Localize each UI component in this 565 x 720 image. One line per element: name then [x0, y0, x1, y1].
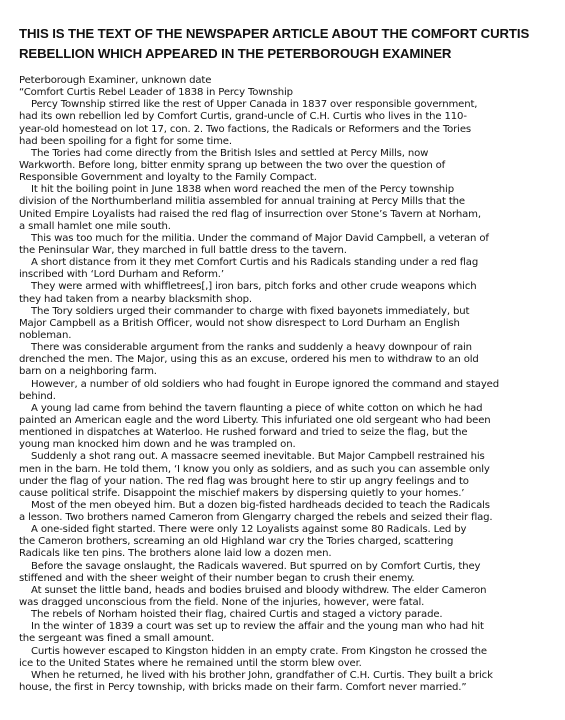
article-line: United Empire Loyalists had raised the r… — [19, 209, 559, 221]
article-line: This was too much for the militia. Under… — [19, 233, 559, 245]
article-line: under the flag of your nation. The red f… — [19, 476, 559, 488]
article-line: Curtis however escaped to Kingston hidde… — [19, 646, 559, 658]
article-line: was dragged unconscious from the field. … — [19, 597, 559, 609]
article-line: a lesson. Two brothers named Cameron fro… — [19, 512, 559, 524]
document-page: THIS IS THE TEXT OF THE NEWSPAPER ARTICL… — [0, 0, 565, 720]
article-line: Responsible Government and loyalty to th… — [19, 172, 559, 184]
article-line: Suddenly a shot rang out. A massacre see… — [19, 451, 559, 463]
article-line: stiffened and with the sheer weight of t… — [19, 573, 559, 585]
article-line: They were armed with whiffletrees[,] iro… — [19, 281, 559, 293]
title-line: REBELLION WHICH APPEARED IN THE PETERBOR… — [19, 44, 559, 64]
article-line: The Tory soldiers urged their commander … — [19, 306, 559, 318]
article-line: division of the Northumberland militia a… — [19, 196, 559, 208]
article-headline: “Comfort Curtis Rebel Leader of 1838 in … — [19, 87, 559, 99]
article-line: drenched the men. The Major, using this … — [19, 354, 559, 366]
article-line: the sergeant was fined a small amount. — [19, 633, 559, 645]
article-line: had its own rebellion led by Comfort Cur… — [19, 111, 559, 123]
article-line: A young lad came from behind the tavern … — [19, 403, 559, 415]
article-line: year-old homestead on lot 17, con. 2. Tw… — [19, 124, 559, 136]
article-line: Percy Township stirred like the rest of … — [19, 99, 559, 111]
article-line: At sunset the little band, heads and bod… — [19, 585, 559, 597]
article-line: had been spoiling for a fight for some t… — [19, 136, 559, 148]
article-line: men in the barn. He told them, ‘I know y… — [19, 464, 559, 476]
article-line: Warkworth. Before long, bitter enmity sp… — [19, 160, 559, 172]
article-line: However, a number of old soldiers who ha… — [19, 379, 559, 391]
article-text: Percy Township stirred like the rest of … — [19, 99, 559, 694]
title-line: THIS IS THE TEXT OF THE NEWSPAPER ARTICL… — [19, 24, 559, 44]
source-line: Peterborough Examiner, unknown date — [19, 75, 559, 87]
article-line: When he returned, he lived with his brot… — [19, 670, 559, 682]
article-line: In the winter of 1839 a court was set up… — [19, 621, 559, 633]
article-line: A one-sided fight started. There were on… — [19, 524, 559, 536]
article-line: The rebels of Norham hoisted their flag,… — [19, 609, 559, 621]
article-line: painted an American eagle and the word L… — [19, 415, 559, 427]
article-line: they had taken from a nearby blacksmith … — [19, 294, 559, 306]
article-line: a small hamlet one mile south. — [19, 221, 559, 233]
article-line: inscribed with ‘Lord Durham and Reform.’ — [19, 269, 559, 281]
article-line: Before the savage onslaught, the Radical… — [19, 561, 559, 573]
article-body: Peterborough Examiner, unknown date “Com… — [19, 75, 559, 694]
article-line: Most of the men obeyed him. But a dozen … — [19, 500, 559, 512]
article-line: A short distance from it they met Comfor… — [19, 257, 559, 269]
document-title: THIS IS THE TEXT OF THE NEWSPAPER ARTICL… — [19, 24, 559, 64]
article-line: Major Campbell as a British Officer, wou… — [19, 318, 559, 330]
article-line: the Cameron brothers, screaming an old H… — [19, 536, 559, 548]
article-line: nobleman. — [19, 330, 559, 342]
article-line: It hit the boiling point in June 1838 wh… — [19, 184, 559, 196]
article-line: young man knocked him down and he was tr… — [19, 439, 559, 451]
article-line: There was considerable argument from the… — [19, 342, 559, 354]
article-line: house, the first in Percy township, with… — [19, 682, 559, 694]
article-line: behind. — [19, 391, 559, 403]
article-line: the Peninsular War, they marched in full… — [19, 245, 559, 257]
article-line: cause political strife. Disappoint the m… — [19, 488, 559, 500]
article-line: Radicals like ten pins. The brothers alo… — [19, 548, 559, 560]
article-line: mentioned in dispatches at Waterloo. He … — [19, 427, 559, 439]
article-line: The Tories had come directly from the Br… — [19, 148, 559, 160]
article-line: ice to the United States where he remain… — [19, 658, 559, 670]
article-line: barn on a neighboring farm. — [19, 366, 559, 378]
